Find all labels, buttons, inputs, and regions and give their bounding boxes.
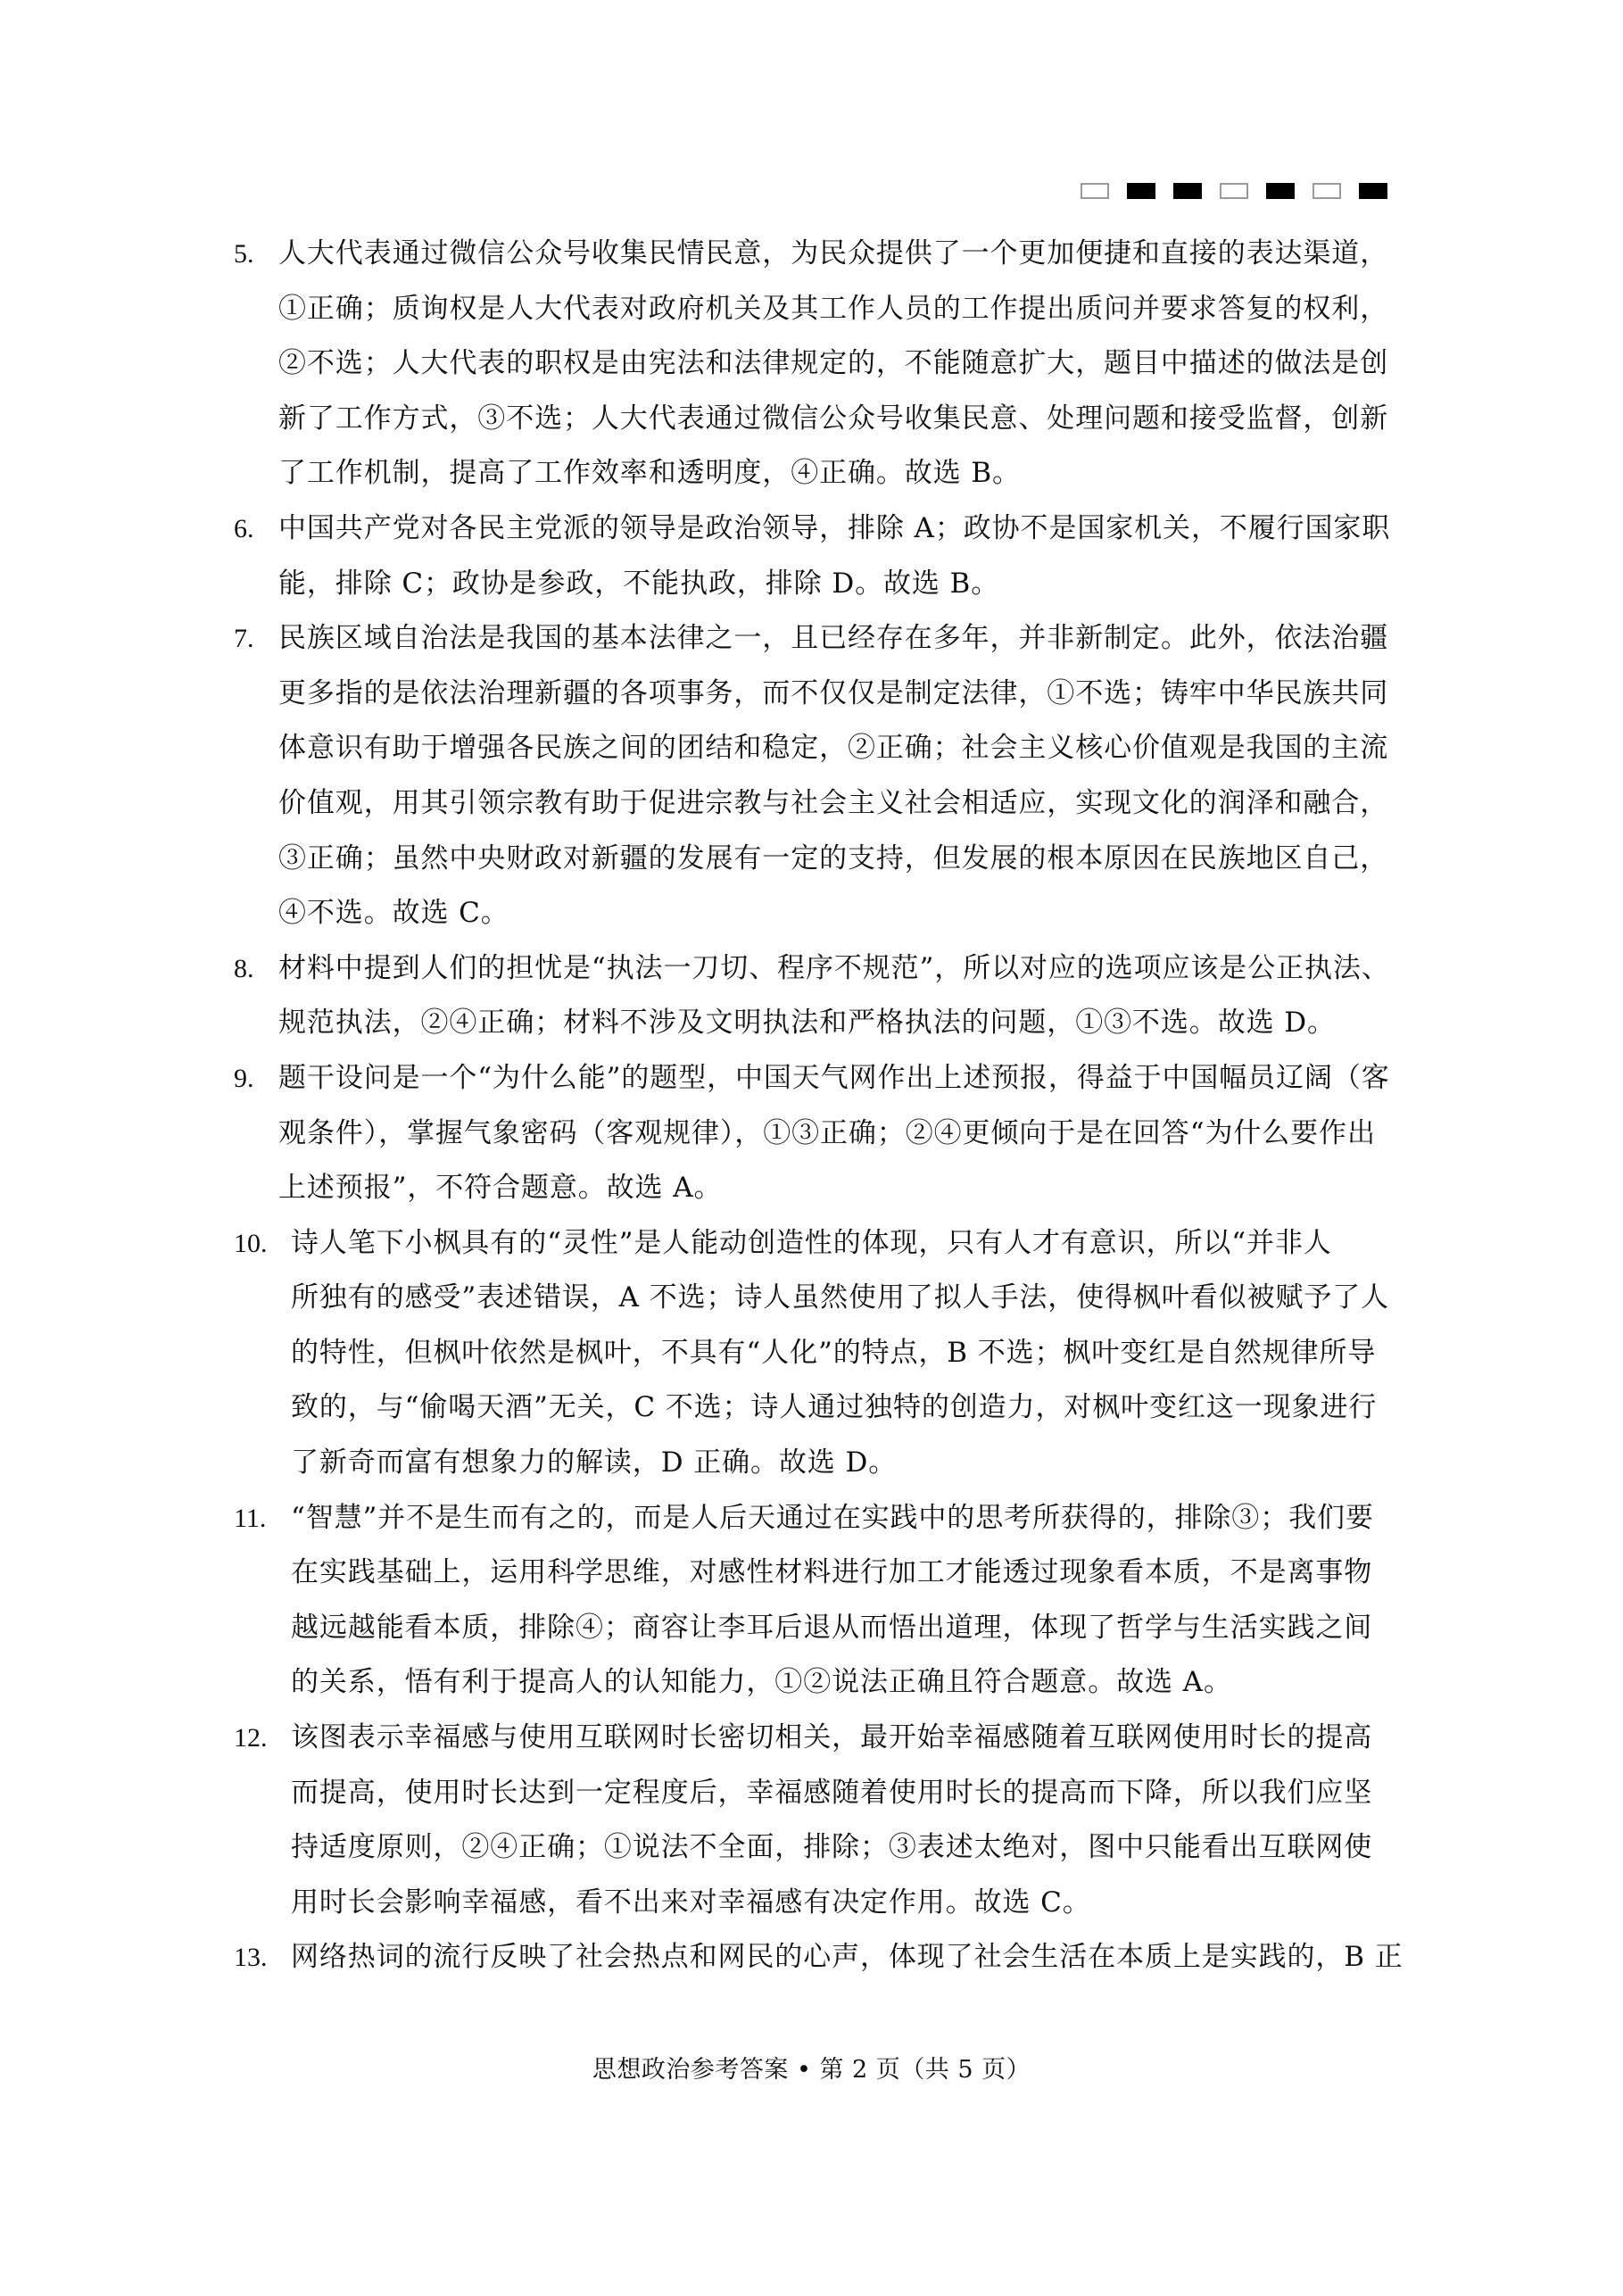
item-line: 上述预报”，不符合题意。故选 A。 — [234, 1161, 1394, 1216]
answer-item-9: 9. 题干设问是一个“为什么能”的题型，中国天气网作出上述预报，得益于中国幅员辽… — [234, 1051, 1394, 1216]
item-line: 网络热词的流行反映了社会热点和网民的心声，体现了社会生活在本质上是实践的，B 正 — [234, 1930, 1394, 1985]
answer-list: 5. 人大代表通过微信公众号收集民情民意，为民众提供了一个更加便捷和直接的表达渠… — [234, 227, 1394, 1985]
header-mark-open — [1312, 183, 1341, 199]
item-line: 所独有的感受”表述错误，A 不选；诗人虽然使用了拟人手法，使得枫叶看似被赋予了人 — [234, 1271, 1394, 1326]
item-number: 8. — [234, 941, 254, 997]
answer-item-6: 6. 中国共产党对各民主党派的领导是政治领导，排除 A；政协不是国家机关，不履行… — [234, 501, 1394, 611]
item-line: 该图表示幸福感与使用互联网时长密切相关，最开始幸福感随着互联网使用时长的提高 — [234, 1711, 1394, 1766]
item-line: 题干设问是一个“为什么能”的题型，中国天气网作出上述预报，得益于中国幅员辽阔（客 — [234, 1051, 1394, 1107]
item-line: 用时长会影响幸福感，看不出来对幸福感有决定作用。故选 C。 — [234, 1876, 1394, 1931]
item-number: 12. — [234, 1711, 268, 1766]
answer-item-10: 10. 诗人笔下小枫具有的“灵性”是人能动创造性的体现，只有人才有意识，所以“并… — [234, 1216, 1394, 1491]
answer-item-12: 12. 该图表示幸福感与使用互联网时长密切相关，最开始幸福感随着互联网使用时长的… — [234, 1711, 1394, 1930]
item-line: ③正确；虽然中央财政对新疆的发展有一定的支持，但发展的根本原因在民族地区自己， — [234, 832, 1394, 887]
answer-item-11: 11. “智慧”并不是生而有之的，而是人后天通过在实践中的思考所获得的，排除③；… — [234, 1491, 1394, 1711]
item-line: 规范执法，②④正确；材料不涉及文明执法和严格执法的问题，①③不选。故选 D。 — [234, 996, 1394, 1051]
header-mark-filled — [1173, 183, 1202, 199]
item-number: 5. — [234, 227, 254, 282]
item-number: 10. — [234, 1216, 268, 1272]
item-line: “智慧”并不是生而有之的，而是人后天通过在实践中的思考所获得的，排除③；我们要 — [234, 1491, 1394, 1546]
item-line: 了新奇而富有想象力的解读，D 正确。故选 D。 — [234, 1436, 1394, 1491]
item-line: 越远越能看本质，排除④；商容让李耳后退从而悟出道理，体现了哲学与生活实践之间 — [234, 1601, 1394, 1656]
header-mark-open — [1220, 183, 1248, 199]
item-number: 6. — [234, 501, 254, 557]
page-footer: 思想政治参考答案 • 第 2 页（共 5 页） — [0, 2050, 1623, 2085]
item-line: 体意识有助于增强各民族之间的团结和稳定，②正确；社会主义核心价值观是我国的主流 — [234, 721, 1394, 776]
item-line: 更多指的是依法治理新疆的各项事务，而不仅仅是制定法律，①不选；铸牢中华民族共同 — [234, 667, 1394, 722]
header-mark-filled — [1359, 183, 1387, 199]
header-mark-filled — [1266, 183, 1295, 199]
item-line: 的关系，悟有利于提高人的认知能力，①②说法正确且符合题意。故选 A。 — [234, 1655, 1394, 1711]
item-line: 人大代表通过微信公众号收集民情民意，为民众提供了一个更加便捷和直接的表达渠道， — [234, 227, 1394, 282]
item-line: 能，排除 C；政协是参政，不能执政，排除 D。故选 B。 — [234, 557, 1394, 612]
item-line: 的特性，但枫叶依然是枫叶，不具有“人化”的特点，B 不选；枫叶变红是自然规律所导 — [234, 1326, 1394, 1381]
item-line: 民族区域自治法是我国的基本法律之一，且已经存在多年，并非新制定。此外，依法治疆 — [234, 611, 1394, 667]
header-mark-filled — [1127, 183, 1155, 199]
answer-item-7: 7. 民族区域自治法是我国的基本法律之一，且已经存在多年，并非新制定。此外，依法… — [234, 611, 1394, 941]
item-line: ②不选；人大代表的职权是由宪法和法律规定的，不能随意扩大，题目中描述的做法是创 — [234, 336, 1394, 392]
item-number: 9. — [234, 1051, 254, 1107]
item-line: 诗人笔下小枫具有的“灵性”是人能动创造性的体现，只有人才有意识，所以“并非人 — [234, 1216, 1394, 1272]
item-line: ①正确；质询权是人大代表对政府机关及其工作人员的工作提出质问并要求答复的权利， — [234, 282, 1394, 337]
answer-item-5: 5. 人大代表通过微信公众号收集民情民意，为民众提供了一个更加便捷和直接的表达渠… — [234, 227, 1394, 501]
item-line: 中国共产党对各民主党派的领导是政治领导，排除 A；政协不是国家机关，不履行国家职 — [234, 501, 1394, 557]
item-number: 7. — [234, 611, 254, 667]
item-line: 而提高，使用时长达到一定程度后，幸福感随着使用时长的提高而下降，所以我们应坚 — [234, 1766, 1394, 1821]
item-line: ④不选。故选 C。 — [234, 886, 1394, 941]
answer-item-8: 8. 材料中提到人们的担忧是“执法一刀切、程序不规范”，所以对应的选项应该是公正… — [234, 941, 1394, 1051]
header-mark-open — [1081, 183, 1109, 199]
item-number: 11. — [234, 1491, 266, 1546]
item-line: 致的，与“偷喝天酒”无关，C 不选；诗人通过独特的创造力，对枫叶变红这一现象进行 — [234, 1380, 1394, 1436]
item-line: 价值观，用其引领宗教有助于促进宗教与社会主义社会相适应，实现文化的润泽和融合， — [234, 776, 1394, 832]
item-line: 新了工作方式，③不选；人大代表通过微信公众号收集民意、处理问题和接受监督，创新 — [234, 392, 1394, 447]
header-marks — [1081, 183, 1387, 199]
item-number: 13. — [234, 1930, 268, 1985]
item-line: 在实践基础上，运用科学思维，对感性材料进行加工才能透过现象看本质，不是离事物 — [234, 1546, 1394, 1601]
answer-item-13: 13. 网络热词的流行反映了社会热点和网民的心声，体现了社会生活在本质上是实践的… — [234, 1930, 1394, 1985]
item-line: 持适度原则，②④正确；①说法不全面，排除；③表述太绝对，图中只能看出互联网使 — [234, 1820, 1394, 1876]
item-line: 了工作机制，提高了工作效率和透明度，④正确。故选 B。 — [234, 446, 1394, 501]
item-line: 观条件），掌握气象密码（客观规律），①③正确；②④更倾向于是在回答“为什么要作出 — [234, 1107, 1394, 1162]
item-line: 材料中提到人们的担忧是“执法一刀切、程序不规范”，所以对应的选项应该是公正执法、 — [234, 941, 1394, 997]
